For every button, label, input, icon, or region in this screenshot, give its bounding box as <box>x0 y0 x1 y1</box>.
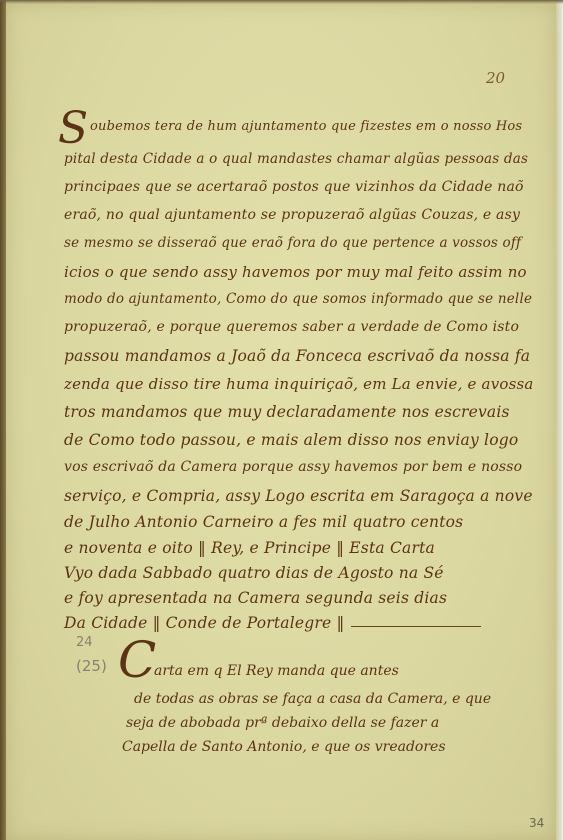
top-shadow <box>0 0 563 4</box>
page-edge <box>556 0 563 840</box>
text-line: de Julho Antonio Carneiro a fes mil quat… <box>64 513 463 531</box>
drop-cap-c: C <box>118 635 156 685</box>
text-line: Capella de Santo Antonio, e que os vread… <box>122 739 446 755</box>
folio-number: 20 <box>486 69 505 87</box>
text-line: eraõ, no qual ajuntamento se propuzeraõ … <box>64 207 520 223</box>
text-line: zenda que disso tire huma inquiriçaõ, em… <box>64 375 534 393</box>
text-line: icios o que sendo assy havemos por muy m… <box>64 263 527 281</box>
archive-page-number: 34 <box>529 816 544 830</box>
manuscript-page: 20 S oubemos tera de hum ajuntamento que… <box>6 3 556 840</box>
text-line: de todas as obras se faça a casa da Came… <box>134 691 491 707</box>
text-line: tros mandamos que muy declaradamente nos… <box>64 403 510 421</box>
margin-old-number: 24 <box>76 635 93 650</box>
text-line: passou mandamos a Joaõ da Fonceca escriv… <box>64 347 530 365</box>
text-line: propuzeraõ, e porque queremos saber a ve… <box>64 319 519 335</box>
text-line: e foy apresentada na Camera segunda seis… <box>64 589 447 607</box>
binding-edge <box>0 0 6 840</box>
text-line: se mesmo se disseraõ que eraõ fora do qu… <box>64 235 521 251</box>
text-line: e noventa e oito ‖ Rey, e Principe ‖ Est… <box>64 539 435 557</box>
text-line: oubemos tera de hum ajuntamento que fize… <box>90 119 522 134</box>
text-line: de Como todo passou, e mais alem disso n… <box>64 431 518 449</box>
text-line: serviço, e Compria, assy Logo escrita em… <box>64 487 533 505</box>
text-line: seja de abobada prª debaixo della se faz… <box>126 715 439 731</box>
text-line: principaes que se acertaraõ postos que v… <box>64 179 524 195</box>
text-line: vos escrivaõ da Camera porque assy havem… <box>64 459 522 475</box>
text-line: Da Cidade ‖ Conde de Portalegre ‖ <box>64 614 344 632</box>
drop-cap-s: S <box>58 107 88 151</box>
text-line: Vyo dada Sabbado quatro dias de Agosto n… <box>64 564 444 582</box>
margin-entry-number: (25) <box>76 657 107 675</box>
text-line: pital desta Cidade a o qual mandastes ch… <box>64 151 528 167</box>
closing-rule <box>351 626 481 627</box>
text-line: modo do ajuntamento, Como do que somos i… <box>64 291 532 307</box>
text-line: arta em q El Rey manda que antes <box>154 663 399 679</box>
